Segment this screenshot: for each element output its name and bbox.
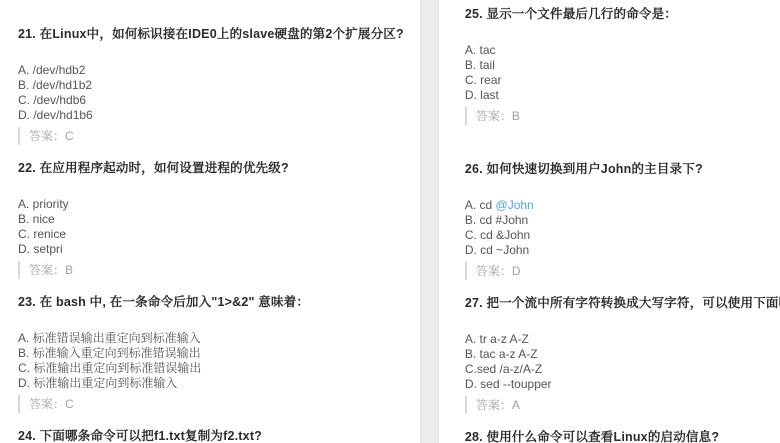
question-options: A. cd @JohnB. cd #JohnC. cd &JohnD. cd ~… <box>465 198 780 258</box>
question-title: 25. 显示一个文件最后几行的命令是： <box>465 6 780 23</box>
question-option: C. renice <box>18 227 404 242</box>
question-block: 23. 在 bash 中, 在一条命令后加入"1>&2" 意味着：A. 标准错误… <box>18 294 404 413</box>
question-option: A. tr a-z A-Z <box>465 332 780 347</box>
answer-value: C <box>65 129 74 143</box>
question-option: A. 标准错误输出重定向到标准输入 <box>18 331 404 346</box>
page-gutter-divider <box>420 0 439 443</box>
answer-label: 答案： <box>476 264 512 278</box>
answer-line: 答案：C <box>18 395 404 413</box>
question-option: B. /dev/hd1b2 <box>18 78 404 93</box>
question-block: 21. 在Linux中，如何标识接在IDE0上的slave硬盘的第2个扩展分区?… <box>18 26 404 145</box>
question-option: D. 标准输出重定向到标准输入 <box>18 376 404 391</box>
question-block: 26. 如何快速切换到用户John的主目录下?A. cd @JohnB. cd … <box>465 161 780 280</box>
answer-line: 答案：B <box>18 261 404 279</box>
question-title: 21. 在Linux中，如何标识接在IDE0上的slave硬盘的第2个扩展分区? <box>18 26 404 43</box>
document-page-left: 21. 在Linux中，如何标识接在IDE0上的slave硬盘的第2个扩展分区?… <box>0 0 420 443</box>
question-option: D. /dev/hd1b6 <box>18 108 404 123</box>
question-block: 24. 下面哪条命令可以把f1.txt复制为f2.txt? <box>18 428 404 443</box>
question-title: 22. 在应用程序起动时，如何设置进程的优先级? <box>18 160 404 177</box>
question-option: C. rear <box>465 73 780 88</box>
question-option: A. priority <box>18 197 404 212</box>
question-options: A. 标准错误输出重定向到标准输入B. 标准输入重定向到标准错误输出C. 标准输… <box>18 331 404 391</box>
option-text: A. cd <box>465 198 496 212</box>
question-option: B. cd #John <box>465 213 780 228</box>
question-block: 27. 把一个流中所有字符转换成大写字符，可以使用下面哪个命令?A. tr a-… <box>465 295 780 414</box>
document-page-right: 25. 显示一个文件最后几行的命令是：A. tacB. tailC. rearD… <box>439 0 780 443</box>
document-viewer: 21. 在Linux中，如何标识接在IDE0上的slave硬盘的第2个扩展分区?… <box>0 0 780 443</box>
answer-label: 答案： <box>29 263 65 277</box>
question-title: 23. 在 bash 中, 在一条命令后加入"1>&2" 意味着： <box>18 294 404 311</box>
answer-value: B <box>65 263 73 277</box>
answer-label: 答案： <box>29 397 65 411</box>
question-option: D. sed --toupper <box>465 377 780 392</box>
answer-line: 答案：D <box>465 262 780 280</box>
question-title: 24. 下面哪条命令可以把f1.txt复制为f2.txt? <box>18 428 404 443</box>
question-option: C. /dev/hdb6 <box>18 93 404 108</box>
question-block: 22. 在应用程序起动时，如何设置进程的优先级?A. priorityB. ni… <box>18 160 404 279</box>
question-option: C.sed /a-z/A-Z <box>465 362 780 377</box>
question-option: B. 标准输入重定向到标准错误输出 <box>18 346 404 361</box>
question-options: A. /dev/hdb2B. /dev/hd1b2C. /dev/hdb6D. … <box>18 63 404 123</box>
answer-line: 答案：A <box>465 396 780 414</box>
question-option: A. tac <box>465 43 780 58</box>
question-option: B. tac a-z A-Z <box>465 347 780 362</box>
answer-line: 答案：C <box>18 127 404 145</box>
question-option: B. tail <box>465 58 780 73</box>
question-option: C. cd &John <box>465 228 780 243</box>
answer-label: 答案： <box>476 109 512 123</box>
answer-label: 答案： <box>476 398 512 412</box>
mention-link[interactable]: @John <box>496 198 534 212</box>
answer-label: 答案： <box>29 129 65 143</box>
question-option: A. /dev/hdb2 <box>18 63 404 78</box>
answer-value: D <box>512 264 521 278</box>
question-option: A. cd @John <box>465 198 780 213</box>
question-option: B. nice <box>18 212 404 227</box>
question-option: C. 标准输出重定向到标准错误输出 <box>18 361 404 376</box>
question-title: 26. 如何快速切换到用户John的主目录下? <box>465 161 780 178</box>
answer-line: 答案：B <box>465 107 780 125</box>
answer-value: A <box>512 398 520 412</box>
question-options: A. priorityB. niceC. reniceD. setpri <box>18 197 404 257</box>
question-option: D. cd ~John <box>465 243 780 258</box>
question-option: D. setpri <box>18 242 404 257</box>
answer-value: B <box>512 109 520 123</box>
question-block: 28. 使用什么命令可以查看Linux的启动信息? <box>465 429 780 443</box>
question-title: 27. 把一个流中所有字符转换成大写字符，可以使用下面哪个命令? <box>465 295 780 312</box>
answer-value: C <box>65 397 74 411</box>
question-options: A. tr a-z A-ZB. tac a-z A-ZC.sed /a-z/A-… <box>465 332 780 392</box>
question-options: A. tacB. tailC. rearD. last <box>465 43 780 103</box>
question-block: 25. 显示一个文件最后几行的命令是：A. tacB. tailC. rearD… <box>465 6 780 125</box>
question-title: 28. 使用什么命令可以查看Linux的启动信息? <box>465 429 780 443</box>
question-option: D. last <box>465 88 780 103</box>
